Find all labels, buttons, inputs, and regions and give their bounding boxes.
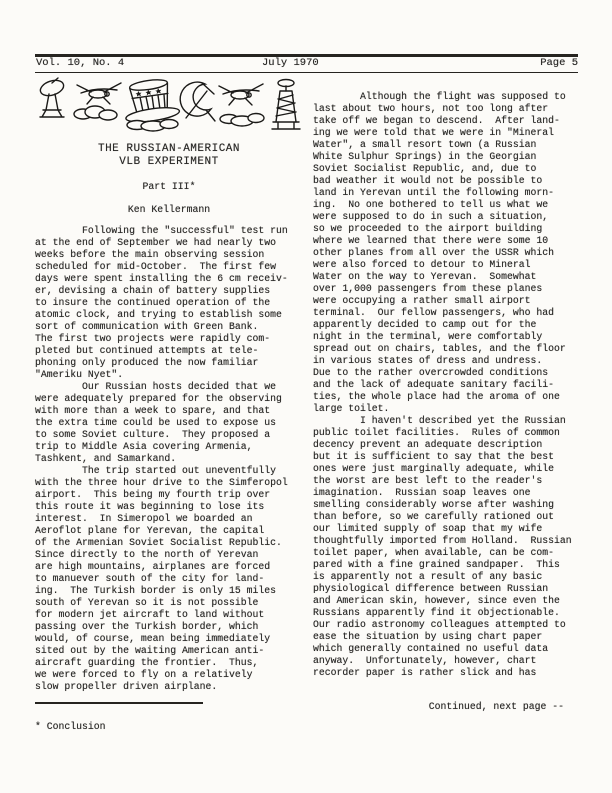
text-line: sited out by the waiting American anti- <box>35 645 307 657</box>
text-line: with the three hour drive to the Simfero… <box>35 477 307 489</box>
text-line: land in Yerevan until the following morn… <box>313 187 591 199</box>
text-line: ing. No one bothered to tell us what we <box>313 199 591 211</box>
text-line: the worst are best left to the reader's <box>313 475 591 487</box>
header-rule-bottom <box>35 72 578 74</box>
footnote-rule <box>35 702 203 704</box>
radio-telescope-icon <box>38 78 65 117</box>
radio-tower-icon <box>272 80 300 130</box>
text-line: Our radio astronomy colleagues attempted… <box>313 619 591 631</box>
text-line: last about two hours, not too long after <box>313 103 591 115</box>
cloud-icon <box>127 120 178 132</box>
article-title-line2: VLB EXPERIMENT <box>35 156 303 169</box>
text-line: Although the flight was supposed to <box>313 91 591 103</box>
text-line: recorder paper is rather slick and has <box>313 667 591 679</box>
text-line: the extra time could be used to expose u… <box>35 417 307 429</box>
text-line: to manuever south of the city for land- <box>35 573 307 585</box>
text-line: and the lack of adequate sanitary facili… <box>313 379 591 391</box>
text-line: scheduled for mid-October. The first few <box>35 261 307 273</box>
text-line: Tashkent, and Samarkand. <box>35 453 307 465</box>
airplane-icon <box>219 84 263 105</box>
text-line: were supposed to do in such a situation, <box>313 211 591 223</box>
text-line: Our Russian hosts decided that we <box>35 381 307 393</box>
text-line: smelling considerably worse after washin… <box>313 499 591 511</box>
text-line: ties, the whole place had the aroma of o… <box>313 391 591 403</box>
header-date: July 1970 <box>262 57 319 70</box>
text-line: ease the situation by using chart paper <box>313 631 591 643</box>
cartoon-illustration <box>37 77 302 135</box>
text-line: White Sulphur Springs) in the Georgian <box>313 151 591 163</box>
text-line: er, devising a chain of battery supplies <box>35 285 307 297</box>
hammer-and-sickle-icon <box>180 82 215 121</box>
text-line: decency prevent an adequate description <box>313 439 591 451</box>
text-line: weeks before the main observing session <box>35 249 307 261</box>
text-line: Aeroflot plane for Yerevan, the capital <box>35 525 307 537</box>
text-line: Following the "successful" test run <box>35 225 307 237</box>
left-column-text: Following the "successful" test runat th… <box>35 225 307 693</box>
article-author: Ken Kellermann <box>35 204 303 216</box>
text-line: Soviet Socialist Republic, and, due to <box>313 163 591 175</box>
text-line: pleted but continued attempts at tele- <box>35 345 307 357</box>
text-line: bad weather it would not be possible to <box>313 175 591 187</box>
uncle-sam-hat-icon <box>121 77 180 124</box>
text-line: we were forced to fly on a relatively <box>35 669 307 681</box>
text-line: pared with a fine grained sandpaper. Thi… <box>313 559 591 571</box>
text-line: to some Soviet culture. They proposed a <box>35 429 307 441</box>
text-line: Due to the rather overcrowded conditions <box>313 367 591 379</box>
cloud-icon <box>220 114 264 127</box>
text-line: over 1,000 passengers from these planes <box>313 283 591 295</box>
text-line: in various states of dress and undress. <box>313 355 591 367</box>
text-line: apparently decided to camp out for the <box>313 319 591 331</box>
text-line: so we proceeded to the airport building <box>313 223 591 235</box>
text-line: are high mountains, airplanes are forced <box>35 561 307 573</box>
text-line: aircraft guarding the frontier. Thus, <box>35 657 307 669</box>
text-line: ing we were told that we were in "Minera… <box>313 127 591 139</box>
text-line: days were spent installing the 6 cm rece… <box>35 273 307 285</box>
article-part-label: Part III* <box>35 181 303 193</box>
text-line: passing over the Turkish border, which <box>35 621 307 633</box>
text-line: slow propeller driven airplane. <box>35 681 307 693</box>
text-line: south of Yerevan so it is not possible <box>35 597 307 609</box>
text-line: interest. In Simeropol we boarded an <box>35 513 307 525</box>
article-title-line1: THE RUSSIAN-AMERICAN <box>35 143 303 156</box>
text-line: thoughtfully imported from Holland. Russ… <box>313 535 591 547</box>
text-line: were occupying a rather small airport <box>313 295 591 307</box>
text-line: large toilet. <box>313 403 591 415</box>
airplane-icon <box>77 83 121 104</box>
text-line: to insure the continued operation of the <box>35 297 307 309</box>
cloud-icon <box>74 106 117 120</box>
header-page-number: Page 5 <box>540 57 578 70</box>
text-line: would, of course, mean being immediately <box>35 633 307 645</box>
text-line: sort of communication with Green Bank. <box>35 321 307 333</box>
text-line: I haven't described yet the Russian <box>313 415 591 427</box>
text-line: were adequately prepared for the observi… <box>35 393 307 405</box>
text-line: at the end of September we had nearly tw… <box>35 237 307 249</box>
text-line: is apparently not a result of any basic <box>313 571 591 583</box>
text-line: than before, so we carefully rationed ou… <box>313 511 591 523</box>
text-line: which generally contained no useful data <box>313 643 591 655</box>
scanned-newsletter-page: Vol. 10, No. 4 July 1970 Page 5 <box>0 0 612 793</box>
text-line: ones were just marginally adequate, whil… <box>313 463 591 475</box>
text-line: our limited supply of soap that my wife <box>313 523 591 535</box>
text-line: terminal. Our fellow passengers, who had <box>313 307 591 319</box>
text-line: physiological difference between Russian <box>313 583 591 595</box>
text-line: Russians apparently find it objectionabl… <box>313 607 591 619</box>
text-line: take off we began to descend. After land… <box>313 115 591 127</box>
text-line: this route it was beginning to lose its <box>35 501 307 513</box>
text-line: phoning only produced the now familiar <box>35 357 307 369</box>
text-line: were also forced to detour to Mineral <box>313 259 591 271</box>
text-line: atomic clock, and trying to establish so… <box>35 309 307 321</box>
text-line: ing. The Turkish border is only 15 miles <box>35 585 307 597</box>
text-line: with more than a week to spare, and that <box>35 405 307 417</box>
text-line: but it is sufficient to say that the bes… <box>313 451 591 463</box>
text-line: Water", a small resort town (a Russian <box>313 139 591 151</box>
header-volume: Vol. 10, No. 4 <box>36 57 124 70</box>
text-line: other planes from all over the USSR whic… <box>313 247 591 259</box>
text-line: spread out on chairs, tables, and the fl… <box>313 343 591 355</box>
text-line: Since directly to the north of Yerevan <box>35 549 307 561</box>
text-line: The first two projects were rapidly com- <box>35 333 307 345</box>
text-line: toilet paper, when available, can be com… <box>313 547 591 559</box>
text-line: trip to Middle Asia covering Armenia, <box>35 441 307 453</box>
text-line: where we learned that there were some 10 <box>313 235 591 247</box>
footnote-text: * Conclusion <box>35 721 106 733</box>
text-line: of the Armenian Soviet Socialist Republi… <box>35 537 307 549</box>
text-line: airport. This being my fourth trip over <box>35 489 307 501</box>
text-line: and American skin, however, since even t… <box>313 595 591 607</box>
text-line: anyway. Unfortunately, however, chart <box>313 655 591 667</box>
text-line: Water on the way to Yerevan. Somewhat <box>313 271 591 283</box>
text-line: night in the terminal, were comfortably <box>313 331 591 343</box>
continued-note: Continued, next page -- <box>313 701 578 713</box>
text-line: The trip started out uneventfully <box>35 465 307 477</box>
text-line: "Ameriku Nyet". <box>35 369 307 381</box>
text-line: for modern jet aircraft to land without <box>35 609 307 621</box>
text-line: imagination. Russian soap leaves one <box>313 487 591 499</box>
right-column-text: Although the flight was supposed tolast … <box>313 91 591 679</box>
text-line: public toilet facilities. Rules of commo… <box>313 427 591 439</box>
